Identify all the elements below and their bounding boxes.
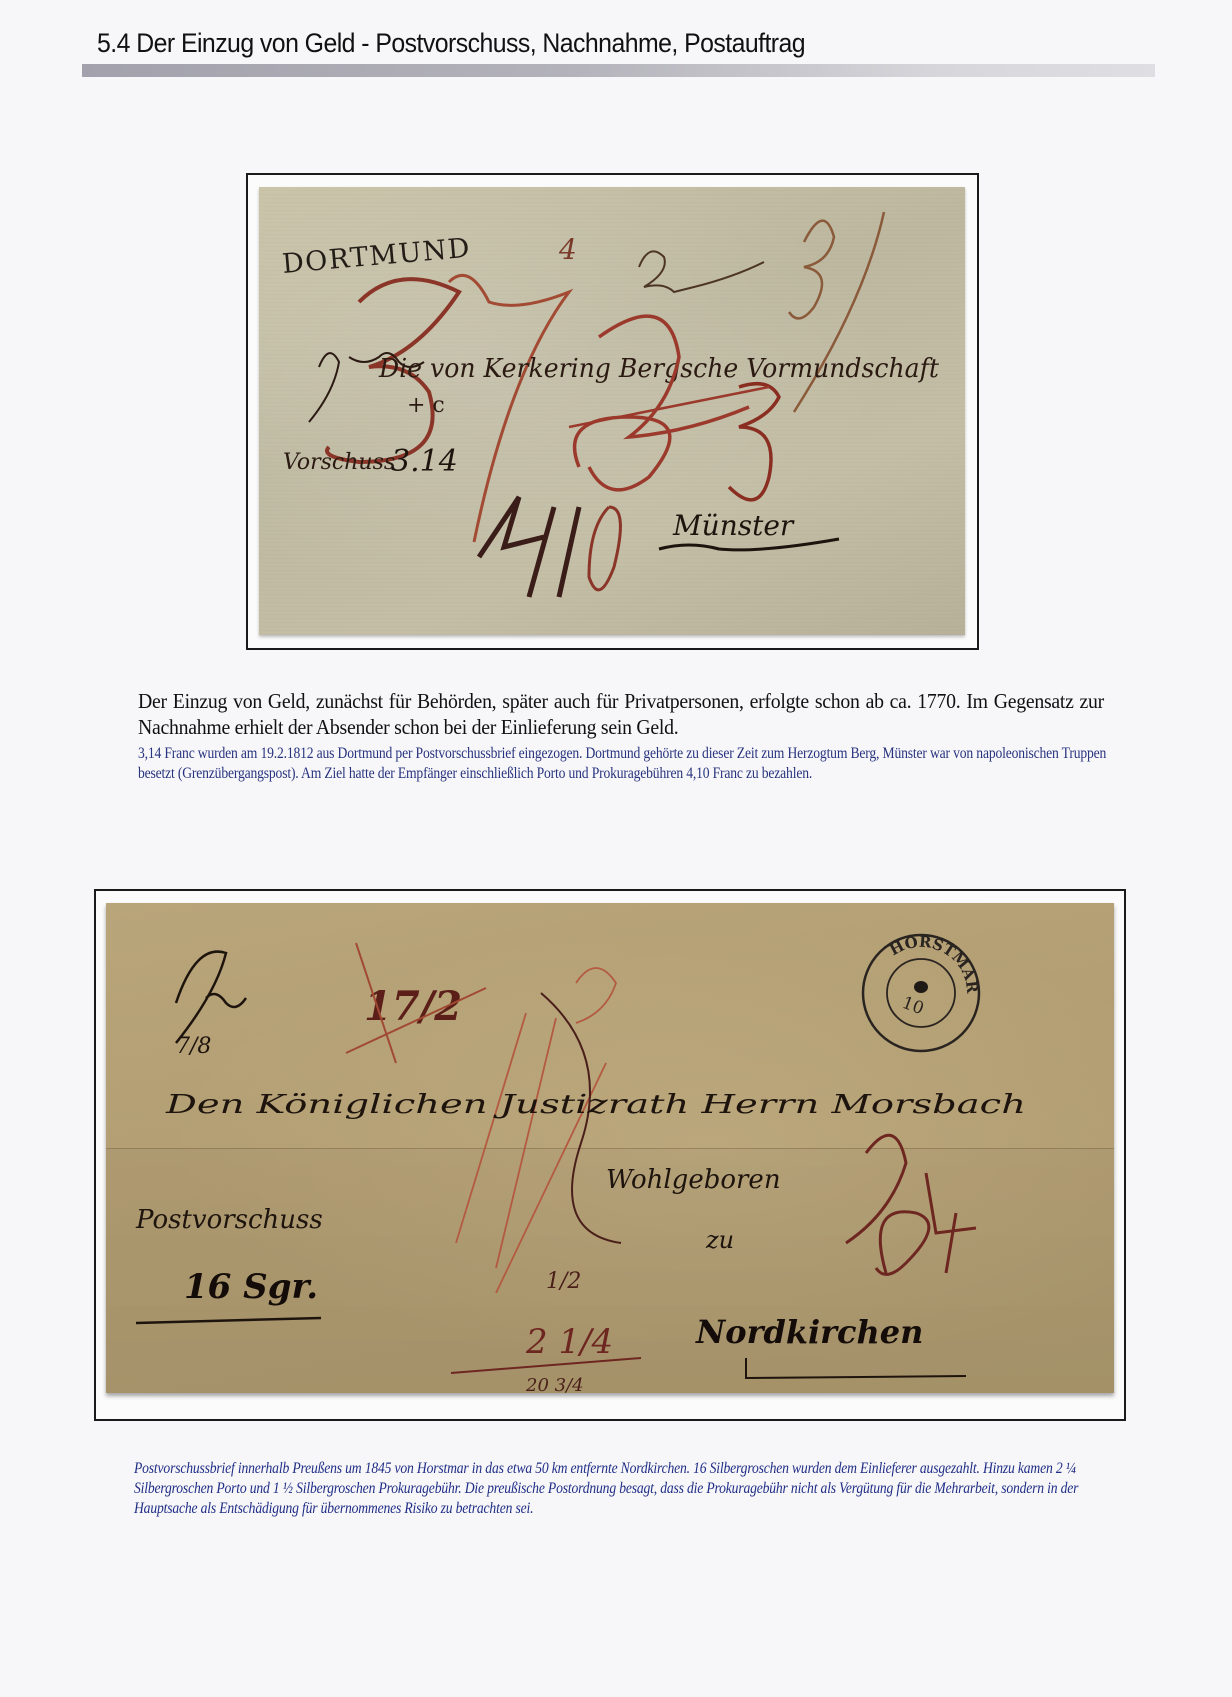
svg-text:3.14: 3.14: [391, 444, 458, 479]
page-title: 5.4 Der Einzug von Geld - Postvorschuss,…: [97, 28, 805, 59]
exhibit-2-cover-image: HORSTMAR 10 7/8 17/2 Den Königlichen Jus…: [106, 903, 1114, 1393]
horstmar-postmark: HORSTMAR 10: [863, 911, 996, 1051]
svg-text:10: 10: [899, 993, 926, 1019]
svg-text:1/2: 1/2: [546, 1269, 581, 1294]
exhibit-1-caption: 3,14 Franc wurden am 19.2.1812 aus Dortm…: [138, 744, 1115, 784]
svg-text:Nordkirchen: Nordkirchen: [695, 1313, 923, 1351]
exhibit-2-caption: Postvorschussbrief innerhalb Preußens um…: [134, 1459, 1120, 1519]
svg-text:2 1/4: 2 1/4: [525, 1322, 613, 1362]
svg-text:4: 4: [558, 233, 577, 266]
title-underline-bar: [82, 64, 1155, 77]
svg-text:zu: zu: [705, 1226, 734, 1254]
svg-text:Wohlgeboren: Wohlgeboren: [606, 1165, 781, 1195]
svg-text:7/8: 7/8: [176, 1034, 211, 1059]
svg-text:Postvorschuss: Postvorschuss: [135, 1205, 323, 1235]
intro-paragraph: Der Einzug von Geld, zunächst für Behörd…: [138, 688, 1104, 740]
exhibit-2-frame: HORSTMAR 10 7/8 17/2 Den Königlichen Jus…: [94, 889, 1126, 1421]
svg-text:DORTMUND: DORTMUND: [281, 233, 472, 280]
svg-text:20 3/4: 20 3/4: [525, 1375, 584, 1393]
svg-text:Münster: Münster: [672, 509, 795, 542]
svg-text:Vorschuss: Vorschuss: [283, 450, 395, 475]
svg-text:16 Sgr.: 16 Sgr.: [184, 1267, 318, 1307]
exhibit-1-cover-image: DORTMUND 4 Die von Kerkering Bergsche Vo…: [259, 187, 965, 635]
svg-text:Den Königlichen Justizrath Her: Den Königlichen Justizrath Herrn Morsbac…: [165, 1090, 1026, 1120]
handwriting-marks: HORSTMAR 10 7/8 17/2 Den Königlichen Jus…: [106, 903, 1114, 1393]
exhibit-1-frame: DORTMUND 4 Die von Kerkering Bergsche Vo…: [246, 173, 979, 650]
handwriting-marks: DORTMUND 4 Die von Kerkering Bergsche Vo…: [259, 187, 965, 635]
svg-text:+ c: + c: [407, 393, 445, 418]
svg-text:Die von Kerkering Bergsche Vor: Die von Kerkering Bergsche Vormundschaft: [378, 354, 939, 384]
